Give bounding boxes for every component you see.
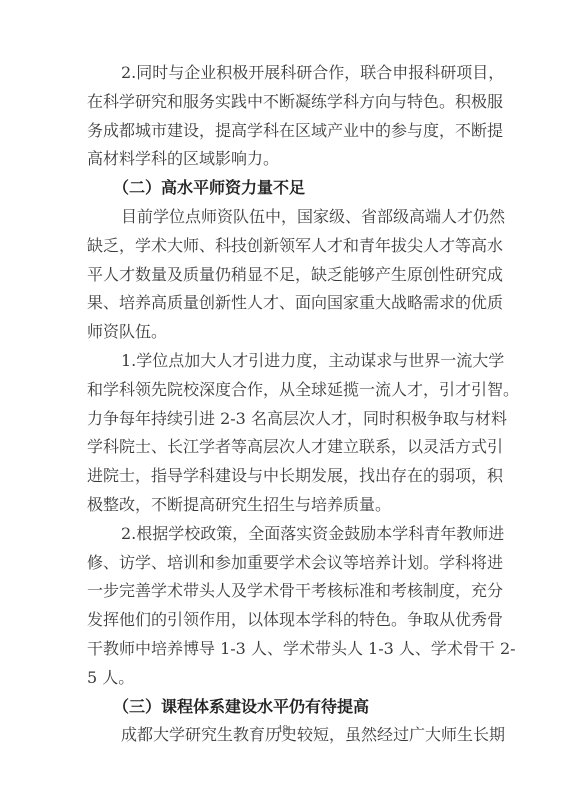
paragraph-line: 和学科领先院校深度合作，从全球延揽一流人才，引才引智。: [87, 376, 479, 405]
paragraph-line: 2.同时与企业积极开展科研合作，联合申报科研项目，: [87, 59, 479, 88]
paragraph-line: 在科学研究和服务实践中不断凝练学科方向与特色。积极服: [87, 88, 479, 117]
paragraph-line: 干教师中培养博导 1-3 人、学术带头人 1-3 人、学术骨干 2-: [87, 635, 479, 664]
document-page: 2.同时与企业积极开展科研合作，联合申报科研项目， 在科学研究和服务实践中不断凝…: [0, 0, 566, 800]
paragraph-line: 修、访学、培训和参加重要学术会议等培养计划。学科将进: [87, 549, 479, 578]
paragraph-line: 平人才数量及质量仍稍显不足，缺乏能够产生原创性研究成: [87, 261, 479, 290]
paragraph-line: 果、培养高质量创新性人才、面向国家重大战略需求的优质: [87, 289, 479, 318]
paragraph-line: 缺乏，学术大师、科技创新领军人才和青年拔尖人才等高水: [87, 232, 479, 261]
paragraph-line: 进院士，指导学科建设与中长期发展，找出存在的弱项，积: [87, 462, 479, 491]
paragraph-line: 高材料学科的区域影响力。: [87, 145, 479, 174]
paragraph-line: 5 人。: [87, 664, 479, 693]
page-body: 2.同时与企业积极开展科研合作，联合申报科研项目， 在科学研究和服务实践中不断凝…: [87, 59, 479, 750]
paragraph-line: 务成都城市建设，提高学科在区域产业中的参与度，不断提: [87, 117, 479, 146]
page-number: 19: [0, 724, 566, 735]
section-heading: （三）课程体系建设水平仍有待提高: [87, 693, 479, 722]
paragraph-line: 学科院士、长江学者等高层次人才建立联系，以灵活方式引: [87, 433, 479, 462]
paragraph-line: 目前学位点师资队伍中，国家级、省部级高端人才仍然: [87, 203, 479, 232]
paragraph-line: 1.学位点加大人才引进力度，主动谋求与世界一流大学: [87, 347, 479, 376]
paragraph-line: 发挥他们的引领作用，以体现本学科的特色。争取从优秀骨: [87, 606, 479, 635]
paragraph-line: 2.根据学校政策，全面落实资金鼓励本学科青年教师进: [87, 520, 479, 549]
paragraph-line: 力争每年持续引进 2-3 名高层次人才，同时积极争取与材料: [87, 405, 479, 434]
paragraph-line: 师资队伍。: [87, 318, 479, 347]
section-heading: （二）高水平师资力量不足: [87, 174, 479, 203]
paragraph-line: 极整改，不断提高研究生招生与培养质量。: [87, 491, 479, 520]
paragraph-line: 一步完善学术带头人及学术骨干考核标准和考核制度，充分: [87, 577, 479, 606]
